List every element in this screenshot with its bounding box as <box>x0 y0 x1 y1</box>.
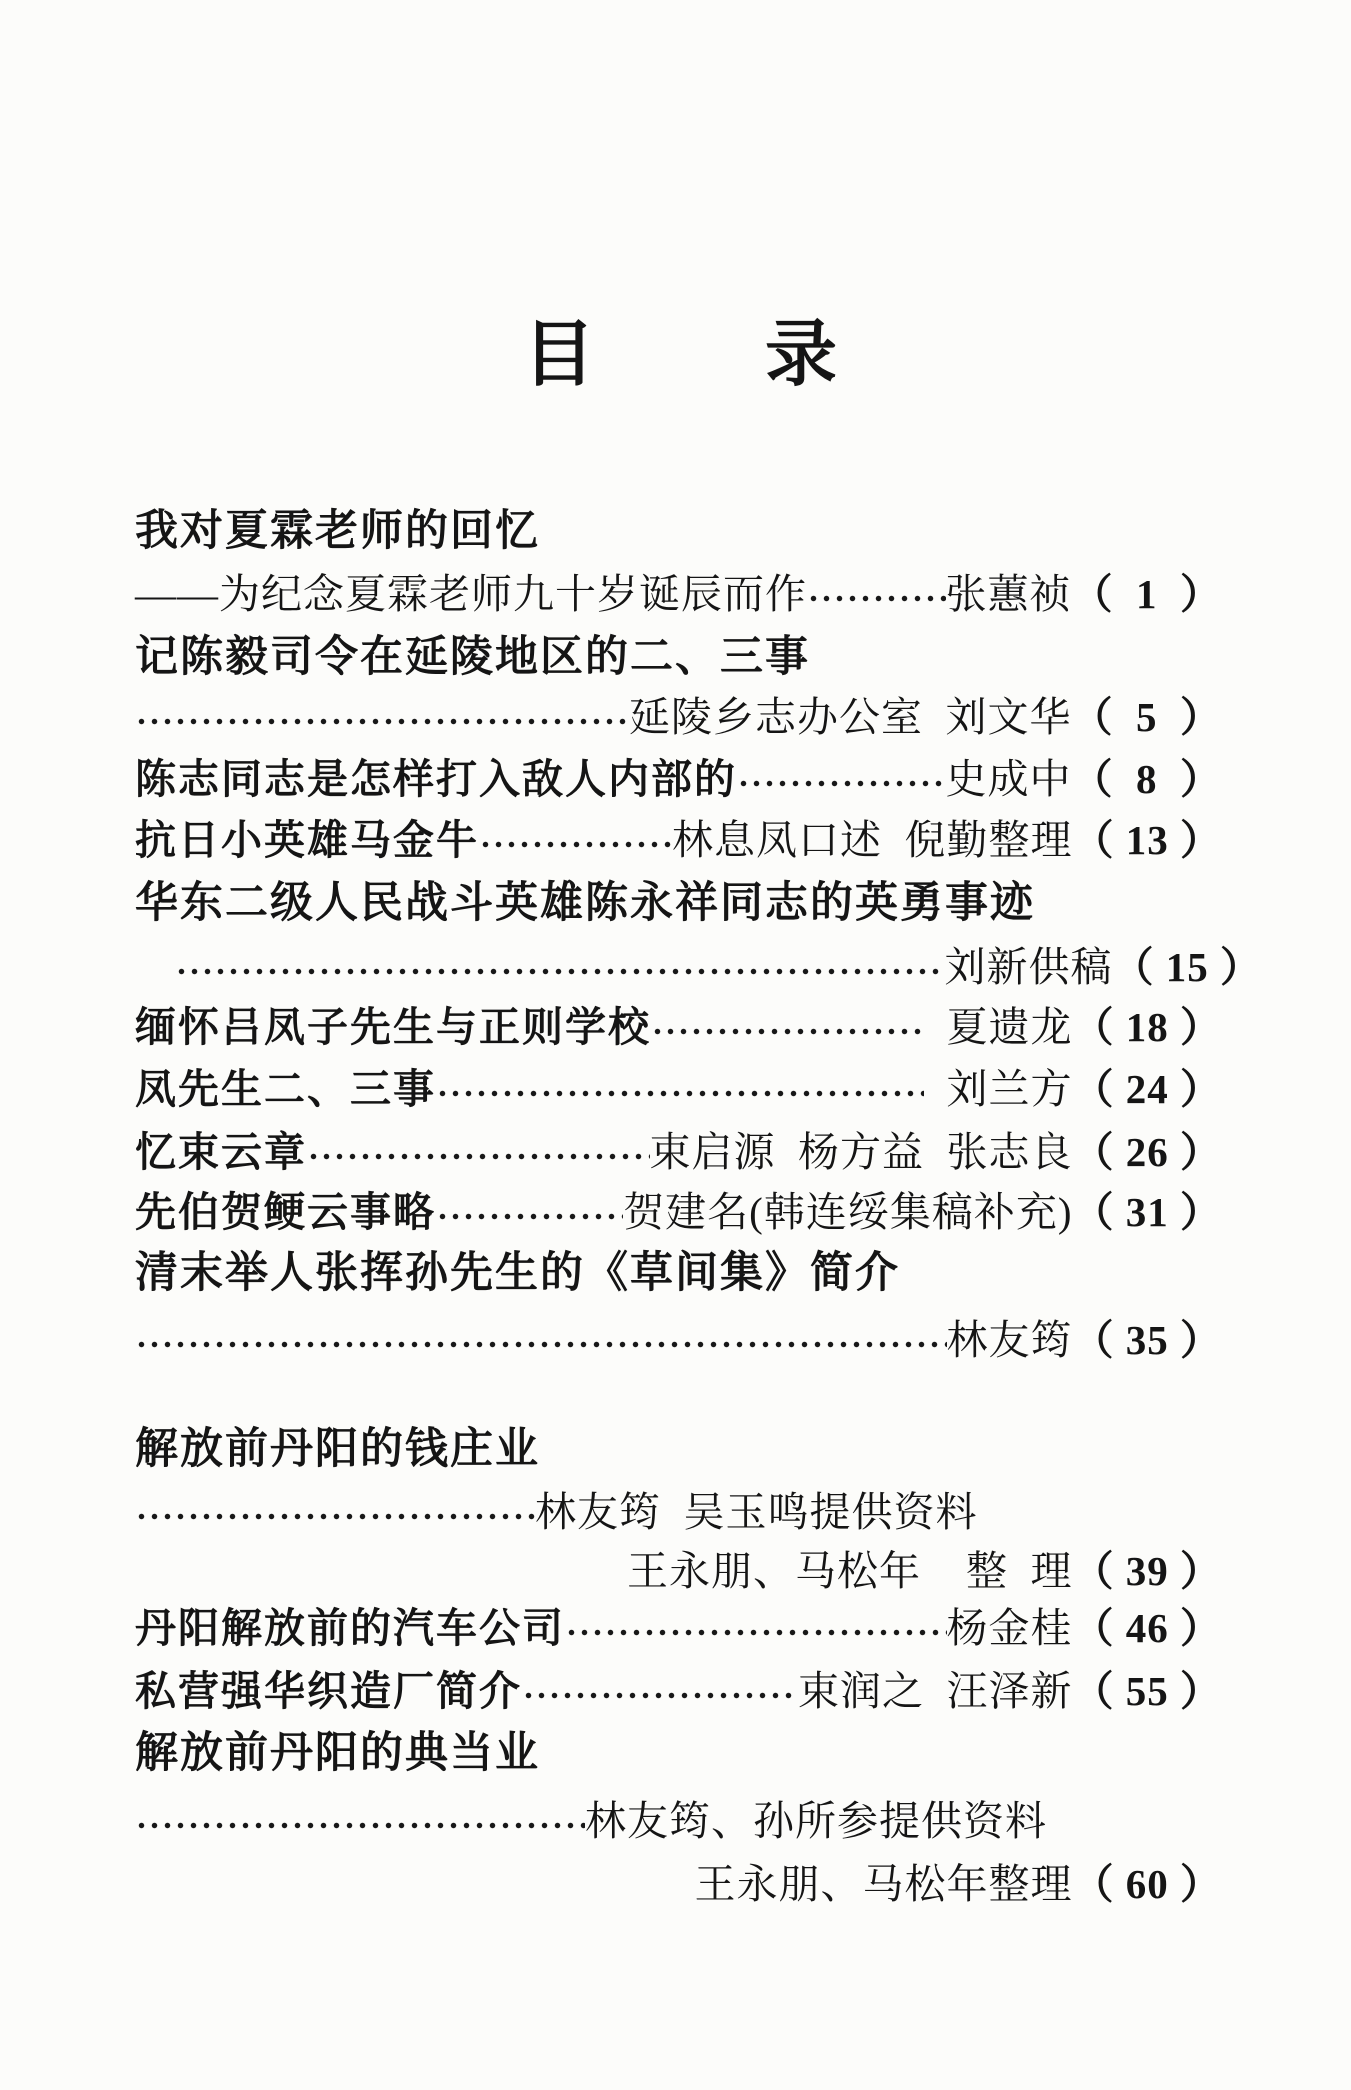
toc-line: 缅怀吕凤子先生与正则学校 夏遗龙（ 18 ） <box>135 1001 1222 1053</box>
dot-leader <box>479 814 672 866</box>
toc-line: 我对夏霖老师的回忆 <box>135 506 1222 558</box>
entry-page: （ 18 ） <box>1073 1001 1223 1053</box>
entry-page: （ 15 ） <box>1113 941 1263 993</box>
entry-title: ——为纪念夏霖老师九十岁诞辰而作 <box>135 568 807 620</box>
entry-page: （ 24 ） <box>1073 1063 1223 1115</box>
page-title-char-mu: 目 <box>523 318 595 394</box>
dot-leader <box>307 1126 650 1178</box>
entry-page: （ 1 ） <box>1072 568 1223 620</box>
toc-line: 忆束云章束启源 杨方益 张志良（ 26 ） <box>135 1126 1222 1178</box>
toc-line: 解放前丹阳的典当业 <box>135 1728 1222 1780</box>
toc-line: 解放前丹阳的钱庄业 <box>135 1424 1222 1476</box>
entry-title: 抗日小英雄马金牛 <box>135 814 479 866</box>
dot-leader <box>135 1795 585 1847</box>
toc-line: 陈志同志是怎样打入敌人内部的史成中（ 8 ） <box>135 753 1222 805</box>
entry-page: （ 5 ） <box>1072 691 1223 743</box>
entry-author: 王永朋、马松年 整 理 <box>627 1545 1073 1597</box>
dot-leader <box>522 1665 798 1717</box>
dot-leader <box>807 568 946 620</box>
entry-author: 林友筠 吴玉鸣提供资料 <box>535 1486 978 1538</box>
toc-line: 抗日小英雄马金牛林息凤口述 倪勤整理（ 13 ） <box>135 814 1222 866</box>
entry-page: （ 31 ） <box>1073 1186 1223 1238</box>
page-title-char-lu: 录 <box>765 318 837 394</box>
toc-line: 林友筠（ 35 ） <box>135 1314 1222 1366</box>
entry-page: （ 26 ） <box>1073 1126 1223 1178</box>
toc-line: 先伯贺鲠云事略贺建名(韩连绥集稿补充)（ 31 ） <box>135 1186 1222 1238</box>
entry-title: 私营强华织造厂简介 <box>135 1665 522 1717</box>
dot-leader <box>436 1063 924 1115</box>
toc-line: 王永朋、马松年整理（ 60 ） <box>135 1858 1222 1910</box>
toc-line: ——为纪念夏霖老师九十岁诞辰而作张蕙祯（ 1 ） <box>135 568 1222 620</box>
entry-author: 王永朋、马松年整理 <box>695 1858 1073 1910</box>
entry-author: 夏遗龙 <box>924 1001 1073 1053</box>
entry-page: （ 46 ） <box>1073 1602 1223 1654</box>
entry-page: （ 35 ） <box>1073 1314 1223 1366</box>
toc-line: 林友筠、孙所参提供资料 <box>135 1795 1222 1847</box>
entry-title: 我对夏霖老师的回忆 <box>135 506 540 558</box>
dot-leader <box>436 1186 623 1238</box>
toc-line: 私营强华织造厂简介束润之 汪泽新（ 55 ） <box>135 1665 1222 1717</box>
dot-leader <box>175 941 945 993</box>
entry-author: 延陵乡志办公室 刘文华 <box>629 691 1072 743</box>
toc-line: 丹阳解放前的汽车公司杨金桂（ 46 ） <box>135 1602 1222 1654</box>
page-title: 目 录 <box>523 318 837 394</box>
dot-leader <box>565 1602 947 1654</box>
entry-title: 忆束云章 <box>135 1126 307 1178</box>
entry-page: （ 60 ） <box>1073 1858 1223 1910</box>
toc-page: 目 录 我对夏霖老师的回忆——为纪念夏霖老师九十岁诞辰而作张蕙祯（ 1 ）记陈毅… <box>0 0 1351 2090</box>
entry-title: 丹阳解放前的汽车公司 <box>135 1602 565 1654</box>
dot-leader <box>135 1314 947 1366</box>
entry-author: 贺建名(韩连绥集稿补充) <box>623 1186 1072 1238</box>
toc-line: 清末举人张挥孙先生的《草间集》简介 <box>135 1248 1222 1300</box>
entry-title: 凤先生二、三事 <box>135 1063 436 1115</box>
entry-author: 杨金桂 <box>947 1602 1073 1654</box>
entry-author: 束润之 汪泽新 <box>798 1665 1073 1717</box>
entry-title: 解放前丹阳的钱庄业 <box>135 1424 540 1476</box>
dot-leader <box>135 691 629 743</box>
toc-line: 华东二级人民战斗英雄陈永祥同志的英勇事迹 <box>135 878 1222 930</box>
entry-title: 记陈毅司令在延陵地区的二、三事 <box>135 632 810 684</box>
entry-page: （ 39 ） <box>1073 1545 1223 1597</box>
entry-author: 林息凤口述 倪勤整理 <box>672 814 1073 866</box>
entry-author: 张蕙祯 <box>946 568 1072 620</box>
toc-line: 刘新供稿（ 15 ） <box>135 941 1262 993</box>
entry-page: （ 13 ） <box>1073 814 1223 866</box>
entry-author: 林友筠、孙所参提供资料 <box>585 1795 1047 1847</box>
dot-leader <box>651 1001 924 1053</box>
entry-title: 缅怀吕凤子先生与正则学校 <box>135 1001 651 1053</box>
entry-author: 刘兰方 <box>924 1063 1073 1115</box>
toc-line: 林友筠 吴玉鸣提供资料 <box>135 1486 1222 1538</box>
entry-title: 华东二级人民战斗英雄陈永祥同志的英勇事迹 <box>135 878 1035 930</box>
toc-line: 记陈毅司令在延陵地区的二、三事 <box>135 632 1222 684</box>
toc-line: 王永朋、马松年 整 理（ 39 ） <box>135 1545 1222 1597</box>
dot-leader <box>737 753 946 805</box>
entry-author: 林友筠 <box>947 1314 1073 1366</box>
entry-title: 先伯贺鲠云事略 <box>135 1186 436 1238</box>
dot-leader <box>135 1486 535 1538</box>
toc-line: 延陵乡志办公室 刘文华（ 5 ） <box>135 691 1222 743</box>
entry-author: 刘新供稿 <box>945 941 1113 993</box>
toc-line: 凤先生二、三事 刘兰方（ 24 ） <box>135 1063 1222 1115</box>
entry-title: 解放前丹阳的典当业 <box>135 1728 540 1780</box>
entry-page: （ 8 ） <box>1072 753 1223 805</box>
entry-title: 清末举人张挥孙先生的《草间集》简介 <box>135 1248 900 1300</box>
entry-author: 史成中 <box>946 753 1072 805</box>
entry-title: 陈志同志是怎样打入敌人内部的 <box>135 753 737 805</box>
entry-author: 束启源 杨方益 张志良 <box>650 1126 1073 1178</box>
entry-page: （ 55 ） <box>1073 1665 1223 1717</box>
